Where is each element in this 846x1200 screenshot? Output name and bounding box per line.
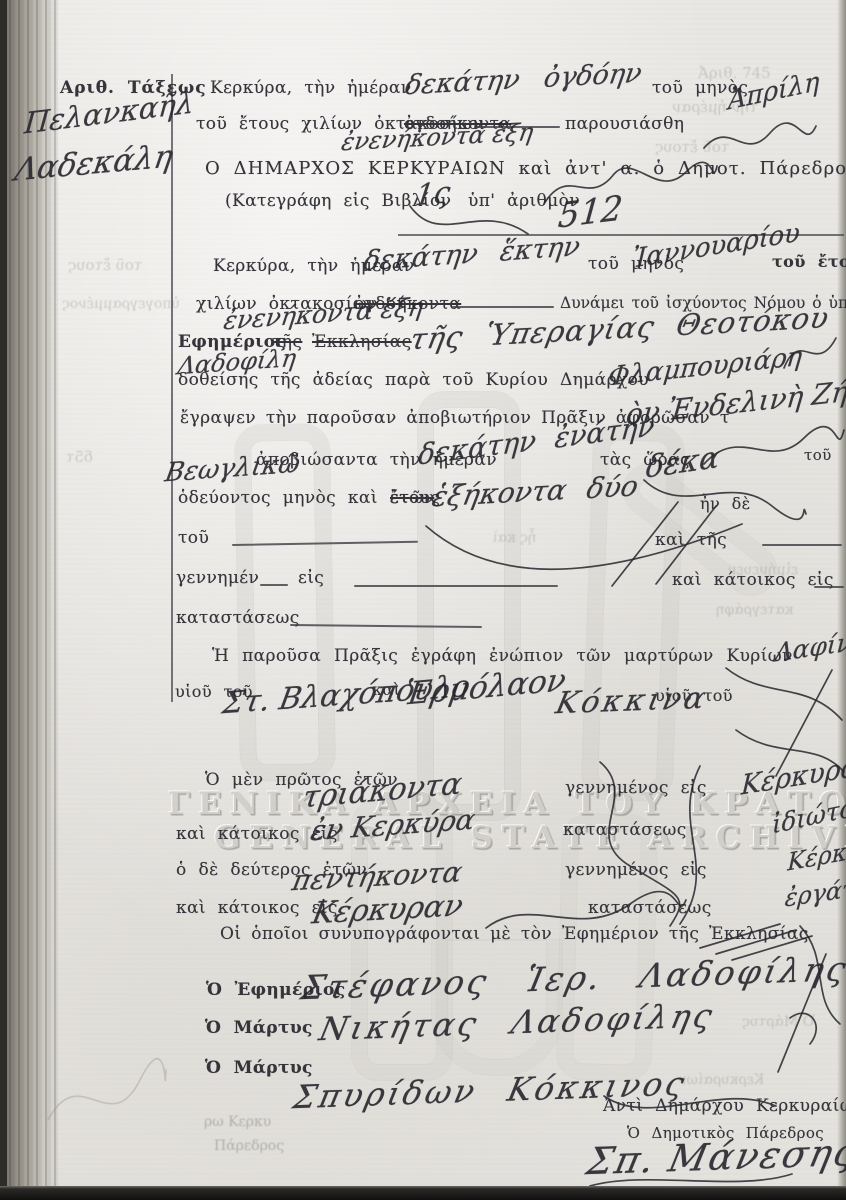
bleedthrough-text: τοῦ ἔτους (68, 256, 142, 274)
act-status-label: καταστάσεως (176, 608, 300, 628)
bleedthrough-text: δ5τ (66, 448, 93, 466)
registration-day-handwritten: δεκάτην ὀγδόην (403, 58, 644, 102)
deputy-mayor-line1: Ἀντὶ Δημάρχου Κερκυραίων (603, 1096, 846, 1116)
ink-flourish (700, 108, 820, 168)
bleedthrough-text: ρω Κερκυ (204, 1114, 271, 1130)
margin-divider-rule (171, 74, 173, 702)
witness-and-label: καὶ (372, 680, 400, 699)
act-father-label: τοῦ (178, 528, 209, 548)
blank-line (354, 585, 558, 587)
blank-line (260, 584, 288, 586)
bleedthrough-text: ὑπογεγραμμένος (62, 296, 180, 312)
witness1-signature-label: Ὁ Μάρτυς (205, 1018, 313, 1038)
act-eis-label: εἰς (298, 568, 324, 588)
act-day-handwritten: δεκάτην ἕκτην (362, 231, 582, 277)
witness2-born-label: γεννημένος εἰς (565, 860, 707, 880)
book-spine-edge (0, 0, 7, 1200)
act-mother-label: καὶ τῆς (655, 530, 727, 550)
bleedthrough-text: Πάρεδρος (214, 1138, 284, 1154)
act-struck-church: Ἐκκλησίας (312, 332, 412, 352)
witness2-signature-label: Ὁ Μάρτυς (205, 1058, 313, 1078)
act-year-label: τοῦ ἔτους (772, 252, 846, 271)
bleedthrough-text: κατεγράφη (716, 602, 793, 618)
witness1-status-label: καταστάσεως (563, 820, 687, 840)
registration-place-day-label: Κερκύρα, τὴν ἡμέραν (210, 78, 412, 98)
act-resident-label: καὶ κάτοικος εἰς (672, 570, 834, 590)
strike-dash (452, 306, 554, 308)
registration-presented-label: παρουσιάσθη (565, 114, 684, 134)
witness-son-of-right-label: υἱοῦ τοῦ (655, 686, 733, 705)
ink-flourish (40, 1040, 170, 1150)
act-born-stub-label: γεννημέν (176, 568, 259, 588)
act-permission-line: δοθείσης τῆς ἀδείας παρὰ τοῦ Κυρίου Δημά… (178, 370, 649, 390)
scan-bottom-edge (0, 1186, 846, 1200)
ink-flourish (540, 158, 720, 214)
blank-line (762, 544, 842, 546)
scanned-death-record-page: ΓΕΝΙΚΑ ΑΡΧΕΙΑ ΤΟΥ ΚΡΑΤΟΥΣ GENERAL STATE … (0, 0, 846, 1200)
blank-line (814, 586, 844, 588)
